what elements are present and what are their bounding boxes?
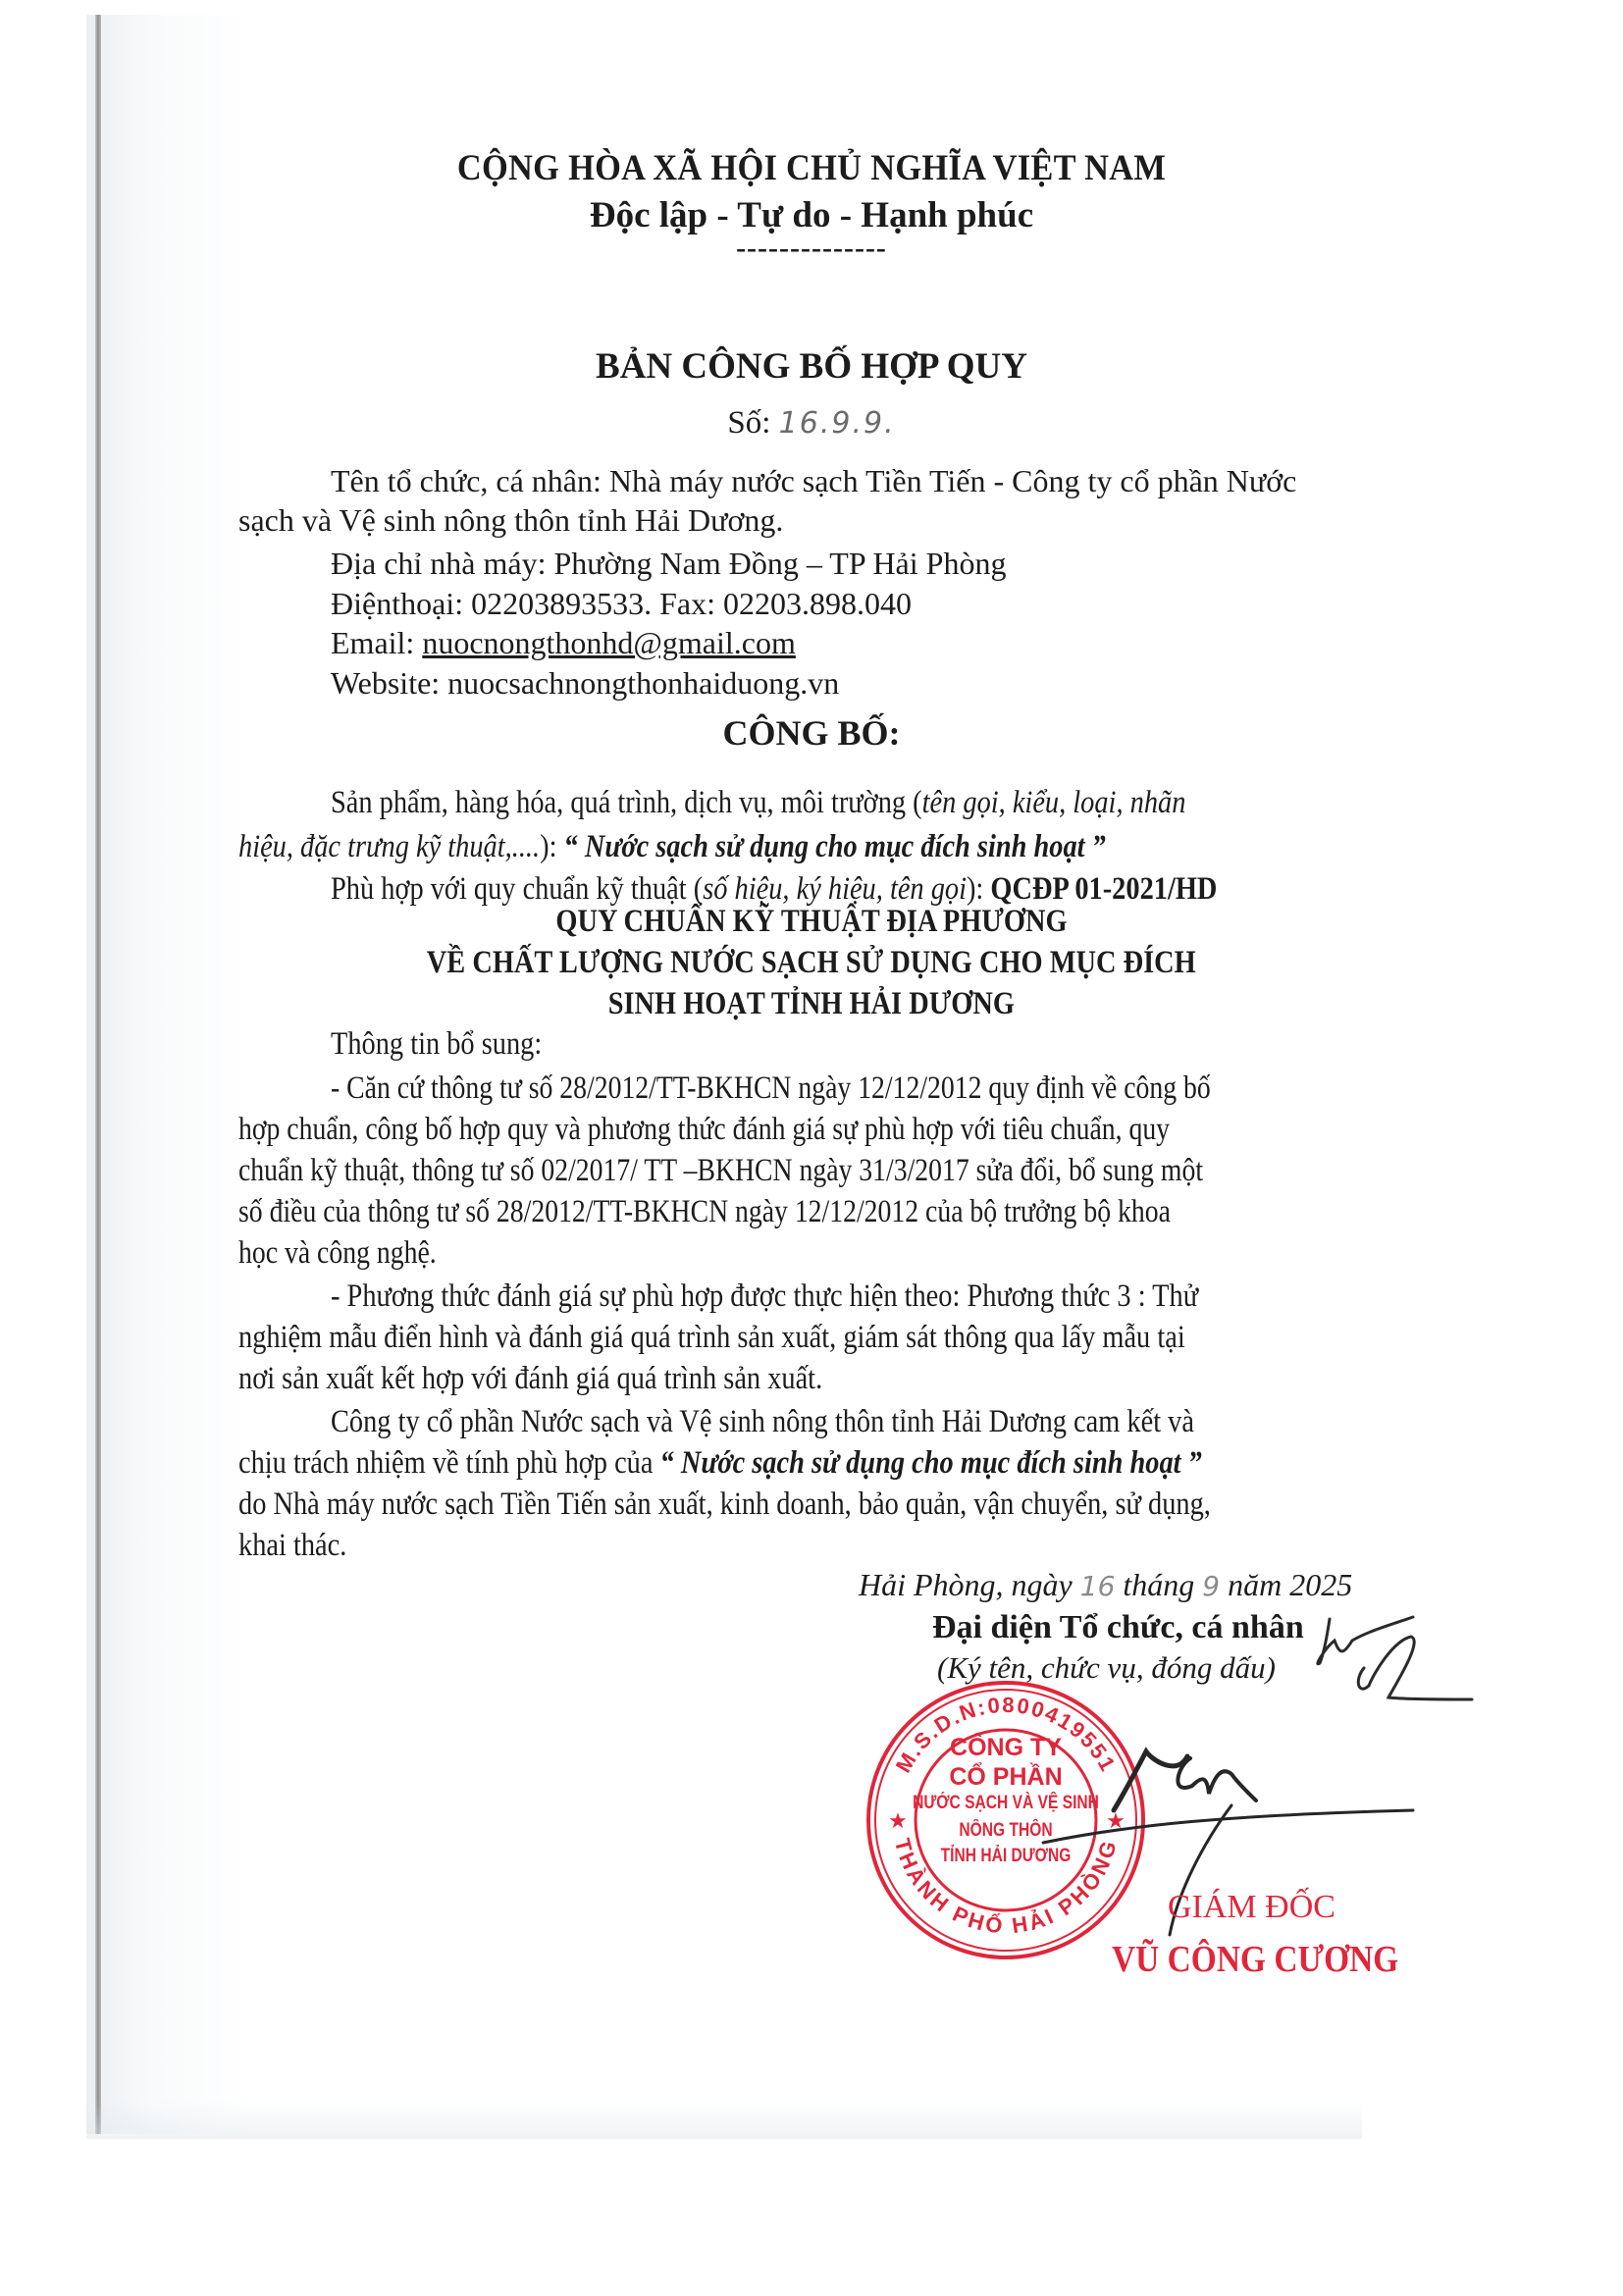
commitment-line1: Công ty cổ phần Nước sạch và Vệ sinh nôn… — [331, 1404, 1335, 1440]
commitment-line4: khai thác. — [238, 1528, 364, 1564]
conform-mid: ): — [967, 871, 990, 907]
seal-inner-text: CÔNG TY CỔ PHẦN NƯỚC SẠCH VÀ VỆ SINH NÔN… — [859, 1673, 1153, 1967]
document-number-label: Số: — [727, 405, 770, 441]
org-website: Website: nuocsachnongthonhaiduong.vn — [331, 665, 839, 702]
national-motto: Độc lập - Tự do - Hạnh phúc — [0, 194, 1623, 236]
document-number-handwritten: 16.9.9. — [779, 406, 896, 441]
org-name-line2: sạch và Vệ sinh nông thôn tỉnh Hải Dương… — [238, 502, 783, 539]
email-label: Email: — [331, 625, 422, 660]
company-seal: M.S.D.N:0800419551 THÀNH PHỐ HẢI PHÒNG ★… — [859, 1673, 1153, 1967]
basis-line: - Căn cứ thông tư số 28/2012/TT-BKHCN ng… — [331, 1070, 1379, 1107]
product-line2: hiệu, đặc trưng kỹ thuật,....): “ Nước s… — [238, 829, 1247, 865]
product-name: “ Nước sạch sử dụng cho mục đích sinh ho… — [564, 829, 1106, 864]
method-line: nghiệm mẫu điển hình và đánh giá quá trì… — [238, 1320, 1339, 1356]
product-mid: ): — [540, 829, 563, 864]
product-prefix: Sản phẩm, hàng hóa, quá trình, dịch vụ, … — [331, 785, 922, 820]
method-line: nơi sản xuất kết hợp với đánh giá quá tr… — [238, 1361, 917, 1397]
org-phone-fax: Điệnthoại: 02203893533. Fax: 02203.898.0… — [331, 586, 912, 622]
product-italic1: tên gọi, kiểu, loại, nhãn — [922, 785, 1186, 820]
signature-date: Hải Phòng, ngày 16 tháng 9 năm 2025 — [859, 1567, 1352, 1603]
basis-line: số điều của thông tư số 28/2012/TT-BKHCN… — [238, 1194, 1348, 1230]
commitment-product: “ Nước sạch sử dụng cho mục đích sinh ho… — [660, 1445, 1202, 1481]
document-number: Số: 16.9.9. — [0, 405, 1623, 442]
method-line: - Phương thức đánh giá sự phù hợp được t… — [331, 1278, 1339, 1315]
conform-code: QCĐP 01-2021/HD — [990, 871, 1217, 907]
basis-line: chuẩn kỹ thuật, thông tư số 02/2017/ TT … — [238, 1153, 1387, 1189]
national-title: CỘNG HÒA XÃ HỘI CHỦ NGHĨA VIỆT NAM — [57, 147, 1566, 189]
signer-position: GIÁM ĐỐC — [1168, 1889, 1335, 1926]
commitment-line3: do Nhà máy nước sạch Tiền Tiến sản xuất,… — [238, 1487, 1369, 1523]
regulation-title-line2: VỀ CHẤT LƯỢNG NƯỚC SẠCH SỬ DỤNG CHO MỤC … — [0, 944, 1623, 981]
header-separator: -------------- — [0, 232, 1623, 265]
regulation-title-line1: QUY CHUẨN KỸ THUẬT ĐỊA PHƯƠNG — [0, 903, 1623, 940]
scan-shadow — [86, 15, 253, 2134]
org-address: Địa chỉ nhà máy: Phường Nam Đồng – TP Hả… — [331, 546, 1006, 582]
date-day-handwritten: 16 — [1080, 1570, 1116, 1602]
date-month-handwritten: 9 — [1202, 1570, 1220, 1602]
scan-edge-line — [95, 15, 101, 2134]
basis-line: học và công nghệ. — [238, 1235, 474, 1272]
additional-info-label: Thông tin bổ sung: — [331, 1026, 576, 1063]
product-italic2: hiệu, đặc trưng kỹ thuật,.... — [238, 829, 540, 864]
product-line1: Sản phẩm, hàng hóa, quá trình, dịch vụ, … — [331, 785, 1325, 821]
regulation-title-line3: SINH HOẠT TỈNH HẢI DƯƠNG — [0, 985, 1623, 1022]
document-title: BẢN CÔNG BỐ HỢP QUY — [0, 345, 1623, 388]
representative-label: Đại diện Tổ chức, cá nhân — [932, 1609, 1304, 1646]
commitment-prefix: chịu trách nhiệm về tính phù hợp của — [238, 1445, 660, 1481]
scan-bottom-shadow — [86, 2100, 1362, 2139]
signer-name: VŨ CÔNG CƯƠNG — [1112, 1938, 1398, 1981]
email-link[interactable]: nuocnongthonhd@gmail.com — [422, 625, 796, 660]
conform-prefix: Phù hợp với quy chuẩn kỹ thuật ( — [331, 871, 703, 907]
org-name-line1: Tên tổ chức, cá nhân: Nhà máy nước sạch … — [331, 463, 1296, 499]
announcement-heading: CÔNG BỐ: — [0, 712, 1623, 754]
basis-line: hợp chuẩn, công bố hợp quy và phương thứ… — [238, 1112, 1347, 1148]
org-email: Email: nuocnongthonhd@gmail.com — [331, 625, 796, 661]
commitment-line2: chịu trách nhiệm về tính phù hợp của “ N… — [238, 1445, 1359, 1482]
conform-italic: số hiệu, ký hiệu, tên gọi — [703, 871, 967, 907]
